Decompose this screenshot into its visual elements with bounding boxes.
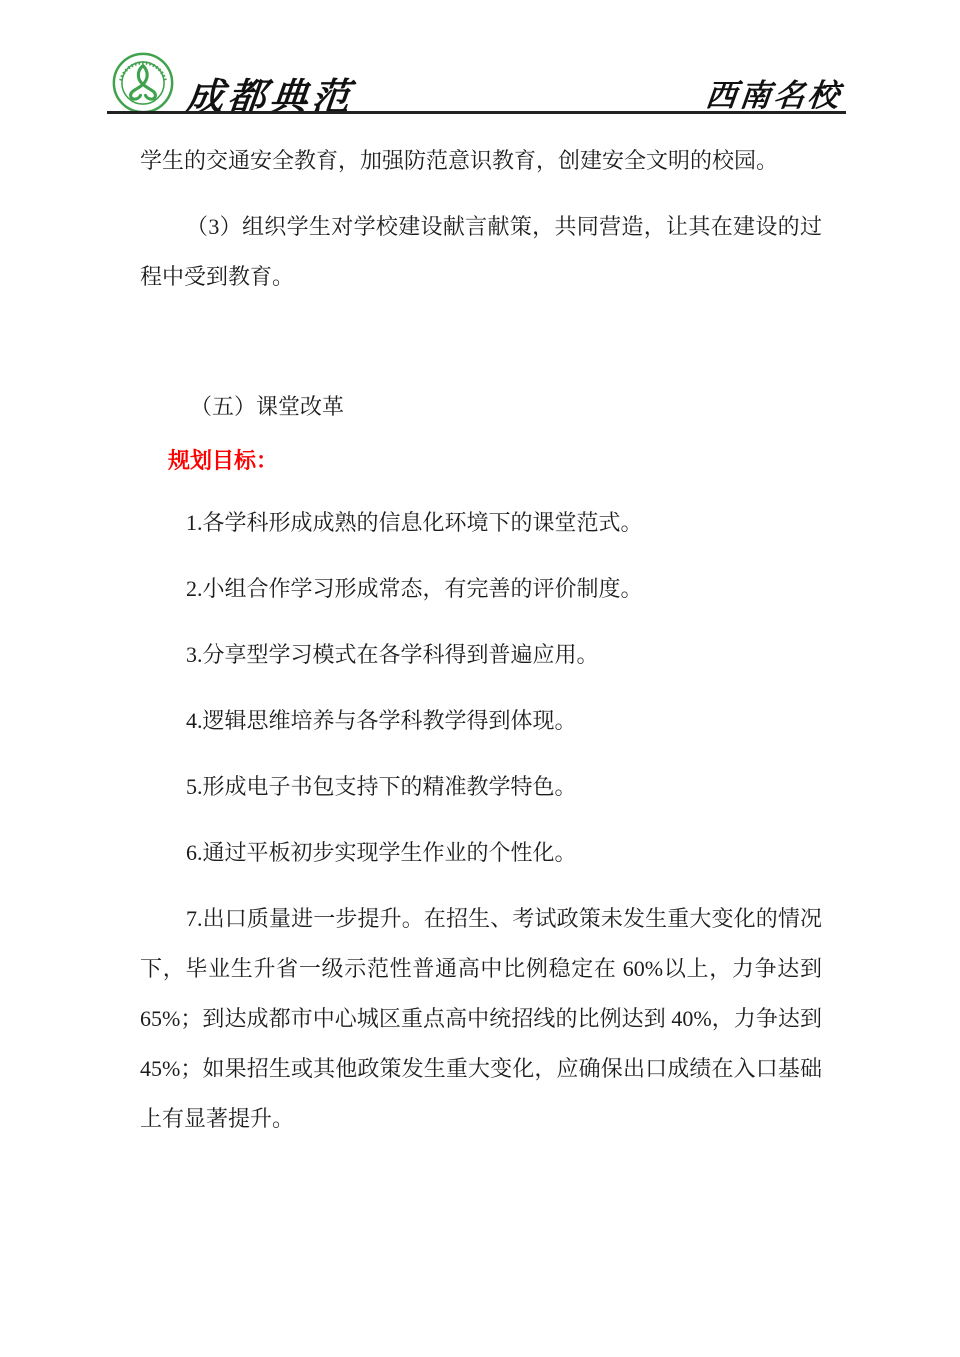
document-body: 学生的交通安全教育，加强防范意识教育，创建安全文明的校园。 （3）组织学生对学校… [140,136,822,1160]
goal-item-6: 6.通过平板初步实现学生作业的个性化。 [140,828,822,878]
section-heading-classroom-reform: （五）课堂改革 [140,382,822,432]
goal-item-3: 3.分享型学习模式在各学科得到普遍应用。 [140,630,822,680]
planning-goals-label: 规划目标： [140,436,822,486]
goal-item-2: 2.小组合作学习形成常态，有完善的评价制度。 [140,564,822,614]
brand-calligraphy-right: 西南名校 [704,70,845,115]
paragraph-goal-7-output-quality: 7.出口质量进一步提升。在招生、考试政策未发生重大变化的情况下，毕业生升省一级示… [140,894,822,1144]
goal-item-4: 4.逻辑思维培养与各学科教学得到体现。 [140,696,822,746]
goal-item-1: 1.各学科形成成熟的信息化环境下的课堂范式。 [140,498,822,548]
sprout-icon [131,66,156,99]
paragraph-safety-education: 学生的交通安全教育，加强防范意识教育，创建安全文明的校园。 [140,136,822,186]
header-divider [107,111,846,114]
paragraph-item-3: （3）组织学生对学校建设献言献策，共同营造，让其在建设的过程中受到教育。 [140,202,822,302]
goal-item-5: 5.形成电子书包支持下的精准教学特色。 [140,762,822,812]
document-page: 成都典范 西南名校 学生的交通安全教育，加强防范意识教育，创建安全文明的校园。 … [0,0,960,1357]
school-logo-icon [112,52,174,114]
letterhead: 成都典范 西南名校 [0,0,960,120]
